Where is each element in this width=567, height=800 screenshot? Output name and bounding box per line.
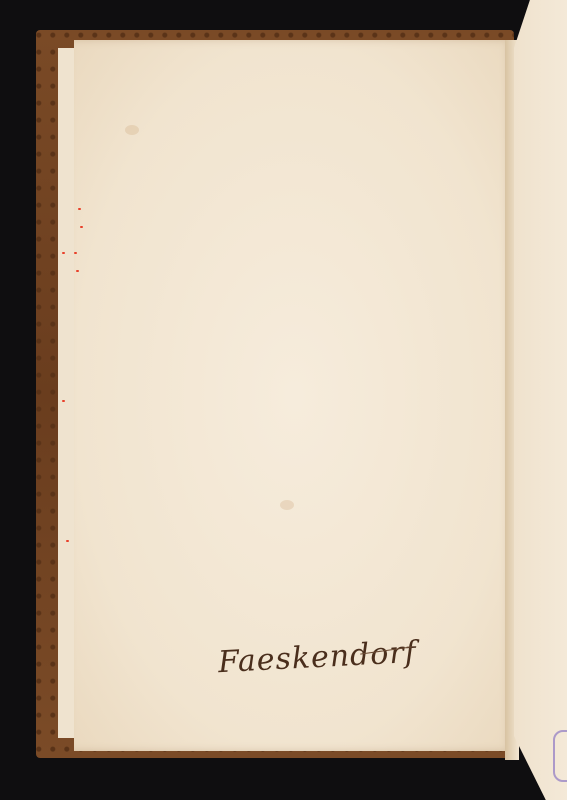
red-edge-speckle bbox=[74, 252, 77, 254]
red-edge-speckle bbox=[66, 540, 69, 542]
red-edge-speckle bbox=[80, 226, 83, 228]
red-edge-speckle bbox=[78, 208, 81, 210]
red-edge-speckle bbox=[76, 270, 79, 272]
library-stamp bbox=[553, 730, 567, 782]
red-edge-speckle bbox=[62, 252, 65, 254]
red-edge-speckle bbox=[62, 400, 65, 402]
foxing-spot bbox=[125, 125, 139, 135]
book-photo: Faeskendorf bbox=[0, 0, 567, 800]
facing-page bbox=[514, 0, 567, 800]
foxing-spot bbox=[280, 500, 294, 510]
